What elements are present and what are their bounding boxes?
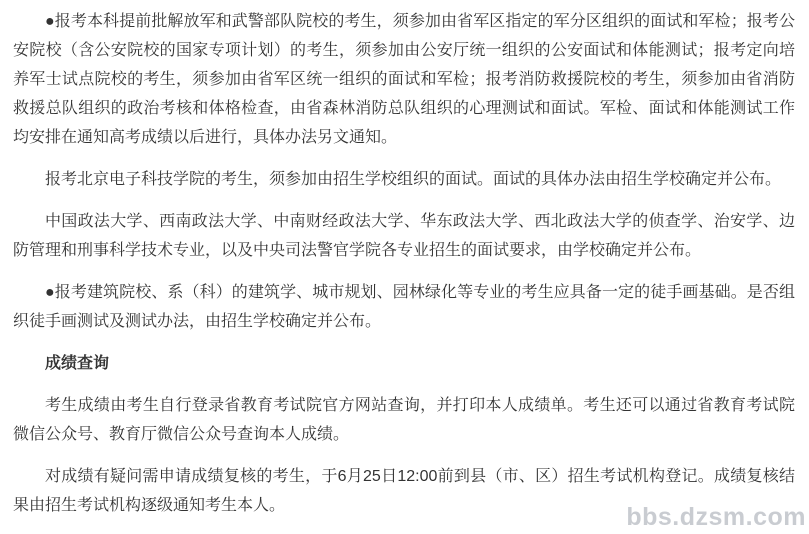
document-page: ●报考本科提前批解放军和武警部队院校的考生，须参加由省军区指定的军分区组织的面试… xyxy=(0,0,809,534)
section-heading-score-inquiry: 成绩查询 xyxy=(13,349,795,378)
paragraph-beijing-electronic-tech-institute: 报考北京电子科技学院的考生，须参加由招生学校组织的面试。面试的具体办法由招生学校… xyxy=(13,165,795,194)
paragraph-score-query-methods: 考生成绩由考生自行登录省教育考试院官方网站查询，并打印本人成绩单。考生还可以通过… xyxy=(13,391,795,449)
paragraph-military-police-exam-requirements: ●报考本科提前批解放军和武警部队院校的考生，须参加由省军区指定的军分区组织的面试… xyxy=(13,7,795,152)
paragraph-score-review-deadline: 对成绩有疑问需申请成绩复核的考生，于6月25日12:00前到县（市、区）招生考试… xyxy=(13,462,795,520)
paragraph-architecture-drawing-test: ●报考建筑院校、系（科）的建筑学、城市规划、园林绿化等专业的考生应具备一定的徒手… xyxy=(13,278,795,336)
paragraph-law-universities-interview: 中国政法大学、西南政法大学、中南财经政法大学、华东政法大学、西北政法大学的侦查学… xyxy=(13,207,795,265)
